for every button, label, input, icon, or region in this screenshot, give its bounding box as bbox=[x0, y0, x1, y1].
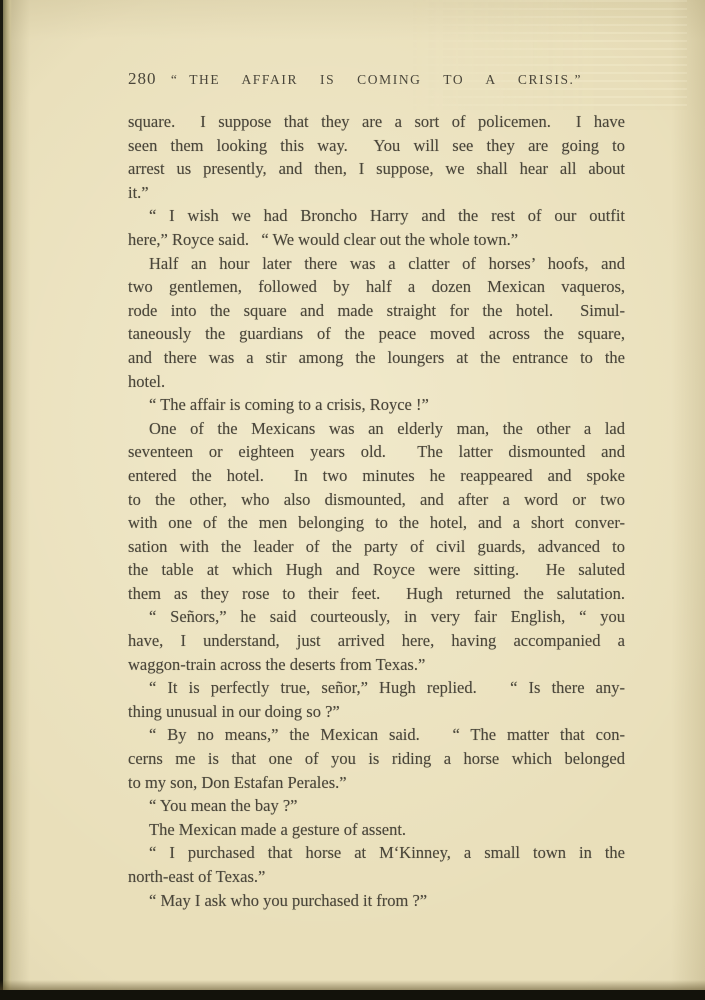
text-line: seen them looking this way. You will see… bbox=[128, 134, 625, 158]
book-page: 280 “ THE AFFAIR IS COMING TO A CRISIS.”… bbox=[0, 0, 705, 1000]
text-line: and there was a stir among the loungers … bbox=[128, 346, 625, 370]
paper-texture-streaks bbox=[387, 0, 687, 110]
text-line: “ May I ask who you purchased it from ?” bbox=[128, 889, 625, 913]
body-lines: square. I suppose that they are a sort o… bbox=[128, 110, 625, 912]
chapter-running-title: “ THE AFFAIR IS COMING TO A CRISIS.” bbox=[128, 68, 625, 88]
text-line: thing unusual in our doing so ?” bbox=[128, 700, 625, 724]
text-line: the table at which Hugh and Royce were s… bbox=[128, 558, 625, 582]
text-line: Half an hour later there was a clatter o… bbox=[128, 252, 625, 276]
text-line: north-east of Texas.” bbox=[128, 865, 625, 889]
text-line: cerns me is that one of you is riding a … bbox=[128, 747, 625, 771]
text-line: seventeen or eighteen years old. The lat… bbox=[128, 440, 625, 464]
text-line: hotel. bbox=[128, 370, 625, 394]
stacked-page-edges bbox=[3, 0, 12, 1000]
text-line: “ I wish we had Broncho Harry and the re… bbox=[128, 204, 625, 228]
text-line: have, I understand, just arrived here, h… bbox=[128, 629, 625, 653]
text-line: to my son, Don Estafan Perales.” bbox=[128, 771, 625, 795]
text-line: waggon-train across the deserts from Tex… bbox=[128, 653, 625, 677]
text-line: “ I purchased that horse at M‘Kinney, a … bbox=[128, 841, 625, 865]
text-line: “ It is perfectly true, señor,” Hugh rep… bbox=[128, 676, 625, 700]
text-line: it.” bbox=[128, 181, 625, 205]
text-line: “ Señors,” he said courteously, in very … bbox=[128, 605, 625, 629]
text-line: “ You mean the bay ?” bbox=[128, 794, 625, 818]
text-line: with one of the men belonging to the hot… bbox=[128, 511, 625, 535]
text-line: One of the Mexicans was an elderly man, … bbox=[128, 417, 625, 441]
text-line: them as they rose to their feet. Hugh re… bbox=[128, 582, 625, 606]
page-number: 280 bbox=[128, 69, 157, 89]
book-spine-edge bbox=[0, 0, 3, 1000]
running-header: 280 “ THE AFFAIR IS COMING TO A CRISIS.” bbox=[128, 68, 625, 90]
text-line: arrest us presently, and then, I suppose… bbox=[128, 157, 625, 181]
text-line: The Mexican made a gesture of assent. bbox=[128, 818, 625, 842]
text-line: two gentlemen, followed by half a dozen … bbox=[128, 275, 625, 299]
text-line: to the other, who also dismounted, and a… bbox=[128, 488, 625, 512]
text-line: taneously the guardians of the peace mov… bbox=[128, 322, 625, 346]
scan-background-edge bbox=[0, 990, 705, 1000]
text-line: rode into the square and made straight f… bbox=[128, 299, 625, 323]
text-line: sation with the leader of the party of c… bbox=[128, 535, 625, 559]
text-line: square. I suppose that they are a sort o… bbox=[128, 110, 625, 134]
text-line: “ The affair is coming to a crisis, Royc… bbox=[128, 393, 625, 417]
text-line: entered the hotel. In two minutes he rea… bbox=[128, 464, 625, 488]
text-line: “ By no means,” the Mexican said. “ The … bbox=[128, 723, 625, 747]
page-bottom-shadow bbox=[0, 980, 705, 990]
text-line: here,” Royce said. “ We would clear out … bbox=[128, 228, 625, 252]
